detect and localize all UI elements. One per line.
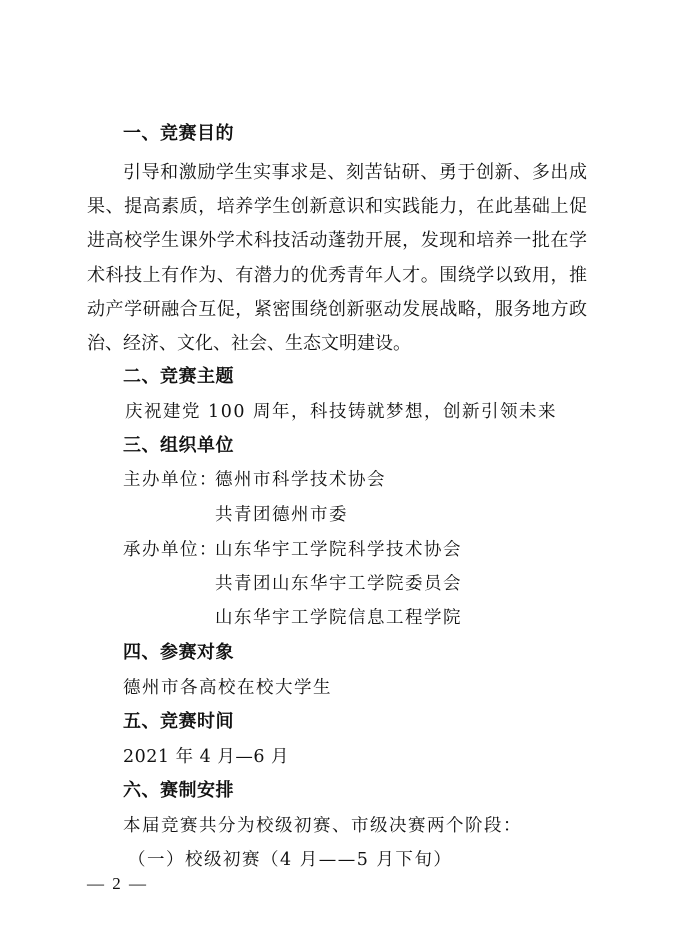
document-page: 一、竞赛目的 引导和激励学生实事求是、刻苦钻研、勇于创新、多出成 果、提高素质，…: [0, 0, 673, 934]
participants-text: 德州市各高校在校大学生: [123, 676, 332, 700]
host-label: 主办单位：: [123, 468, 218, 492]
undertaker-org: 共青团山东华宇工学院委员会: [215, 572, 462, 596]
undertaker-label: 承办单位：: [123, 538, 218, 562]
host-org: 共青团德州市委: [215, 503, 348, 527]
paragraph-line: 引导和激励学生实事求是、刻苦钻研、勇于创新、多出成: [123, 161, 587, 185]
host-org: 德州市科学技术协会: [215, 468, 386, 492]
paragraph-line: 进高校学生课外学术科技活动蓬勃开展，发现和培养一批在学: [87, 229, 587, 253]
undertaker-org: 山东华宇工学院科学技术协会: [215, 538, 462, 562]
section-heading-participants: 四、参赛对象: [123, 641, 234, 665]
paragraph-line: 术科技上有作为、有潜力的优秀青年人才。围绕学以致用，推: [87, 264, 587, 288]
schedule-text: 本届竞赛共分为校级初赛、市级决赛两个阶段：: [123, 814, 522, 838]
theme-text: 庆祝建党 100 周年，科技铸就梦想，创新引领未来: [125, 400, 557, 424]
paragraph-line: 果、提高素质，培养学生创新意识和实践能力，在此基础上促: [87, 195, 587, 219]
paragraph-line: 动产学研融合互促，紧密围绕创新驱动发展战略，服务地方政: [87, 298, 587, 322]
section-heading-organizers: 三、组织单位: [123, 434, 234, 458]
page-number: — 2 —: [87, 874, 148, 894]
schedule-subheading: （一）校级初赛（4 月——5 月下旬）: [128, 848, 452, 872]
paragraph-line: 治、经济、文化、社会、生态文明建设。: [87, 332, 587, 356]
section-heading-time: 五、竞赛时间: [123, 710, 234, 734]
time-text: 2021 年 4 月—6 月: [123, 745, 289, 769]
section-heading-schedule: 六、赛制安排: [123, 779, 234, 803]
section-heading-theme: 二、竞赛主题: [123, 365, 234, 389]
undertaker-org: 山东华宇工学院信息工程学院: [215, 606, 462, 630]
section-heading-purpose: 一、竞赛目的: [123, 122, 234, 146]
